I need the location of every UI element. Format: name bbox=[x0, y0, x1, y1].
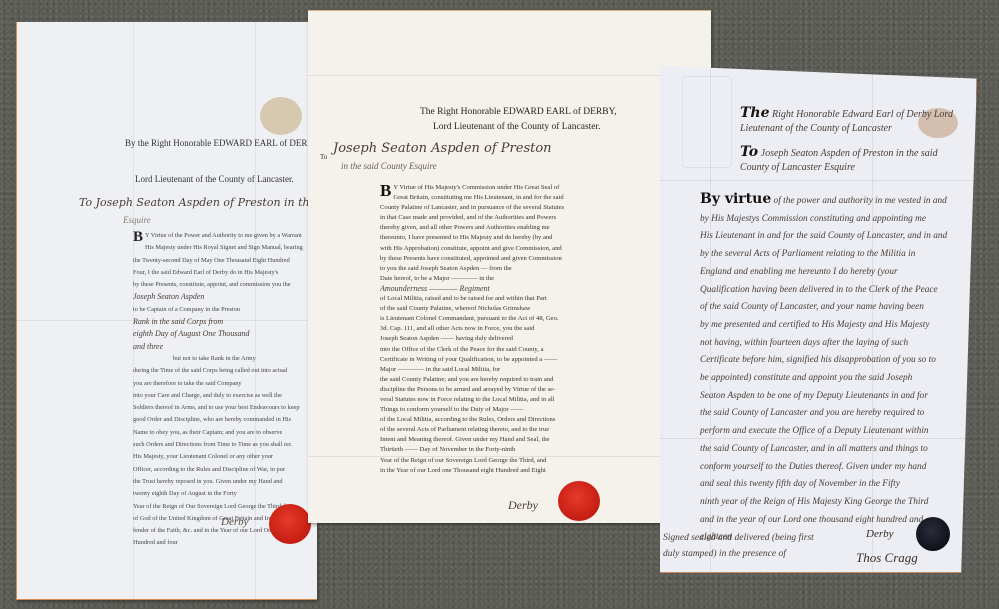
body-line: Seaton Aspden to be one of my Deputy Lie… bbox=[700, 388, 966, 406]
gothic-initial: To bbox=[740, 144, 758, 160]
body-line: His Majesty under His Royal Signet and S… bbox=[145, 242, 317, 254]
document-heading: The Right Honorable EDWARD EARL of DERBY… bbox=[420, 107, 617, 117]
body-line: in that Case made and provided, and of t… bbox=[380, 213, 626, 223]
drop-cap: B bbox=[133, 230, 143, 244]
body-line: Soldiers thereof in Arms, and to use you… bbox=[133, 402, 317, 414]
body-line: into your Care and Charge, and duly to e… bbox=[133, 390, 317, 402]
body-line: not having, within fourteen days after t… bbox=[700, 335, 966, 353]
gothic-opening: By virtue bbox=[700, 191, 771, 207]
body-line: but not to take Rank in the Army bbox=[133, 353, 317, 365]
body-line: Great Britain, constituting me His Lieut… bbox=[393, 193, 626, 203]
black-wax-seal bbox=[916, 517, 950, 551]
body-line: of the said County of Lancaster, and you… bbox=[700, 299, 966, 317]
body-line: is Lieutenant Colonel Commandant, pursua… bbox=[380, 314, 626, 324]
to-label: To bbox=[320, 153, 327, 161]
body-line: discipline the Persons to be armed and a… bbox=[380, 385, 626, 395]
body-line: Qualification having been delivered in t… bbox=[700, 282, 966, 300]
body-line: into the Office of the Clerk of the Peac… bbox=[380, 345, 626, 355]
body-line: by these Presents have constituted, appo… bbox=[380, 254, 626, 264]
handwritten-line: Joseph Seaton Aspden bbox=[133, 291, 317, 303]
body-line: the Twenty-second Day of May One Thousan… bbox=[133, 255, 317, 267]
attestation-line: Signed sealed and delivered (being first bbox=[663, 530, 814, 546]
addressee-text: Joseph Seaton Aspden of Preston in the s… bbox=[761, 148, 938, 159]
body-line: Certificate before him, signified his di… bbox=[700, 352, 966, 370]
body-line: of the Local Militia, according to the R… bbox=[380, 415, 626, 425]
commission-document-1804: By the Right Honorable EDWARD EARL of DE… bbox=[16, 22, 317, 600]
body-line: the Trust hereby reposed in you. Given u… bbox=[133, 476, 317, 488]
body-line: by the several Acts of Parliament relati… bbox=[700, 246, 966, 264]
body-line: during the Time of the said Corps being … bbox=[133, 365, 317, 377]
body-line: Thirtieth —— Day of November in the Fort… bbox=[380, 445, 626, 455]
body-line: to you the said Joseph Seaton Aspden — f… bbox=[380, 264, 626, 274]
body-line: to be Captain of a Company in the Presto… bbox=[133, 304, 317, 316]
embossed-stamp bbox=[682, 76, 732, 168]
red-wax-seal bbox=[269, 504, 311, 544]
attestation: Signed sealed and delivered (being first… bbox=[663, 530, 814, 562]
addressee-line2: in the said County Esquire bbox=[341, 161, 437, 171]
document-subheading: Lord Lieutenant of the County of Lancast… bbox=[433, 122, 601, 132]
addressee-text-line2: County of Lancaster Esquire bbox=[740, 162, 855, 173]
body-line: Year of the Reign of our Sovereign Lord … bbox=[380, 456, 626, 466]
body-line: the said County of Lancaster, and in all… bbox=[700, 441, 966, 459]
age-stain bbox=[260, 97, 302, 135]
body-line: Joseph Seaton Aspden —— having duly deli… bbox=[380, 334, 626, 344]
handwritten-line: eighth Day of August One Thousand bbox=[133, 328, 317, 340]
deputy-lieutenant-commission-1818: The Right Honorable Edward Earl of Derby… bbox=[660, 58, 977, 573]
gothic-initial: The bbox=[740, 105, 770, 121]
body-line: ninth year of the Reign of His Majesty K… bbox=[700, 494, 966, 512]
body-line: such Orders and Directions from Time to … bbox=[133, 439, 317, 451]
signature: Derby bbox=[866, 528, 894, 540]
body-line: the said County Palatine; and you are he… bbox=[380, 375, 626, 385]
addressee: Joseph Seaton Aspden of Preston bbox=[333, 141, 552, 156]
body-line: by His Majestys Commission constituting … bbox=[700, 211, 966, 229]
body-line: the said County of Lancaster and you are… bbox=[700, 405, 966, 423]
body-line: of the said County Palatine, whereof Nic… bbox=[380, 304, 626, 314]
document-heading: By the Right Honorable EDWARD EARL of DE… bbox=[125, 138, 317, 148]
red-wax-seal bbox=[558, 481, 600, 521]
body-line: Intent and Meaning thereof. Given under … bbox=[380, 435, 626, 445]
body-line: and seal this twenty fifth day of Novemb… bbox=[700, 476, 966, 494]
body-line: by me presented and certified to His Maj… bbox=[700, 317, 966, 335]
body-line: Name to obey you, as their Captain; and … bbox=[133, 427, 317, 439]
document-body: B Y Virtue of the Power and Authority to… bbox=[133, 230, 317, 550]
witness-signature: Thos Cragg bbox=[856, 550, 918, 566]
handwritten-line: Amounderness ———— Regiment bbox=[380, 284, 626, 294]
body-line: twenty eighth Day of August in the Forty bbox=[133, 488, 317, 500]
body-line: 3d. Cap. 111, and all other Acts now in … bbox=[380, 324, 626, 334]
body-line: conform yourself to the Duties thereof. … bbox=[700, 459, 966, 477]
body-line: thereby given, and all other Powers and … bbox=[380, 223, 626, 233]
attestation-line: duly stamped) in the presence of bbox=[663, 546, 814, 562]
drop-cap: B bbox=[380, 183, 391, 198]
body-line: thereunto, I have presented to His Majes… bbox=[380, 233, 626, 243]
body-line: with His Approbation) constitute, appoin… bbox=[380, 244, 626, 254]
body-line: good Order and Discipline, who are hereb… bbox=[133, 414, 317, 426]
body-line: by these Presents, constitute, appoint, … bbox=[133, 279, 317, 291]
body-line: Certificate in Writing of your Qualifica… bbox=[380, 355, 626, 365]
body-line: be appointed) constitute and appoint you… bbox=[700, 370, 966, 388]
fold-crease bbox=[308, 75, 711, 76]
document-body: B Y Virtue of His Majesty's Commission u… bbox=[380, 183, 626, 476]
signature: Derby bbox=[221, 516, 249, 528]
body-line: of the several Acts of Parliament relati… bbox=[380, 425, 626, 435]
body-line: Y Virtue of His Majesty's Commission und… bbox=[393, 183, 626, 193]
body-line: Officer, according to the Rules and Disc… bbox=[133, 464, 317, 476]
body-line: Four, I the said Edward Earl of Derby do… bbox=[133, 267, 317, 279]
document-subheading: Lord Lieutenant of the County of Lancast… bbox=[135, 174, 294, 184]
commission-document-1808: The Right Honorable EDWARD EARL of DERBY… bbox=[308, 10, 711, 523]
heading-text-line2: Lieutenant of the County of Lancaster bbox=[740, 123, 892, 134]
body-line: you are therefore to take the said Compa… bbox=[133, 378, 317, 390]
body-line: perform and execute the Office of a Depu… bbox=[700, 423, 966, 441]
body-line: veral Statutes now in Force relating to … bbox=[380, 395, 626, 405]
handwritten-line: Rank in the said Corps from bbox=[133, 316, 317, 328]
body-line: Date hereof, to be a Major ———— in the bbox=[380, 274, 626, 284]
body-line: in the Year of our Lord one Thousand eig… bbox=[380, 466, 626, 476]
document-body: By virtue of the power and authority in … bbox=[700, 191, 966, 547]
handwritten-line: and three bbox=[133, 341, 317, 353]
addressee: To Joseph Seaton Aspden of Preston in th… bbox=[79, 196, 317, 209]
signature: Derby bbox=[508, 498, 538, 513]
heading-text: Right Honorable Edward Earl of Derby Lor… bbox=[772, 109, 953, 120]
document-heading: The Right Honorable Edward Earl of Derby… bbox=[740, 106, 953, 136]
body-line: England and enabling me hereunto I do he… bbox=[700, 264, 966, 282]
body-line: of Local Militia, raised and to be raise… bbox=[380, 294, 626, 304]
body-line: County Palatine of Lancaster, and in pur… bbox=[380, 203, 626, 213]
body-line: His Lieutenant in and for the said Count… bbox=[700, 228, 966, 246]
body-line: His Majesty, your Lieutenant Colonel or … bbox=[133, 451, 317, 463]
addressee: To Joseph Seaton Aspden of Preston in th… bbox=[740, 145, 938, 175]
body-line: Major ———— in the said Local Militia, fo… bbox=[380, 365, 626, 375]
body-line: Things to conform yourself to the Duty o… bbox=[380, 405, 626, 415]
body-line: of the power and authority in me vested … bbox=[771, 196, 947, 206]
body-line: Y Virtue of the Power and Authority to m… bbox=[145, 230, 317, 242]
addressee-suffix: Esquire bbox=[123, 215, 151, 225]
fold-crease bbox=[660, 180, 976, 181]
